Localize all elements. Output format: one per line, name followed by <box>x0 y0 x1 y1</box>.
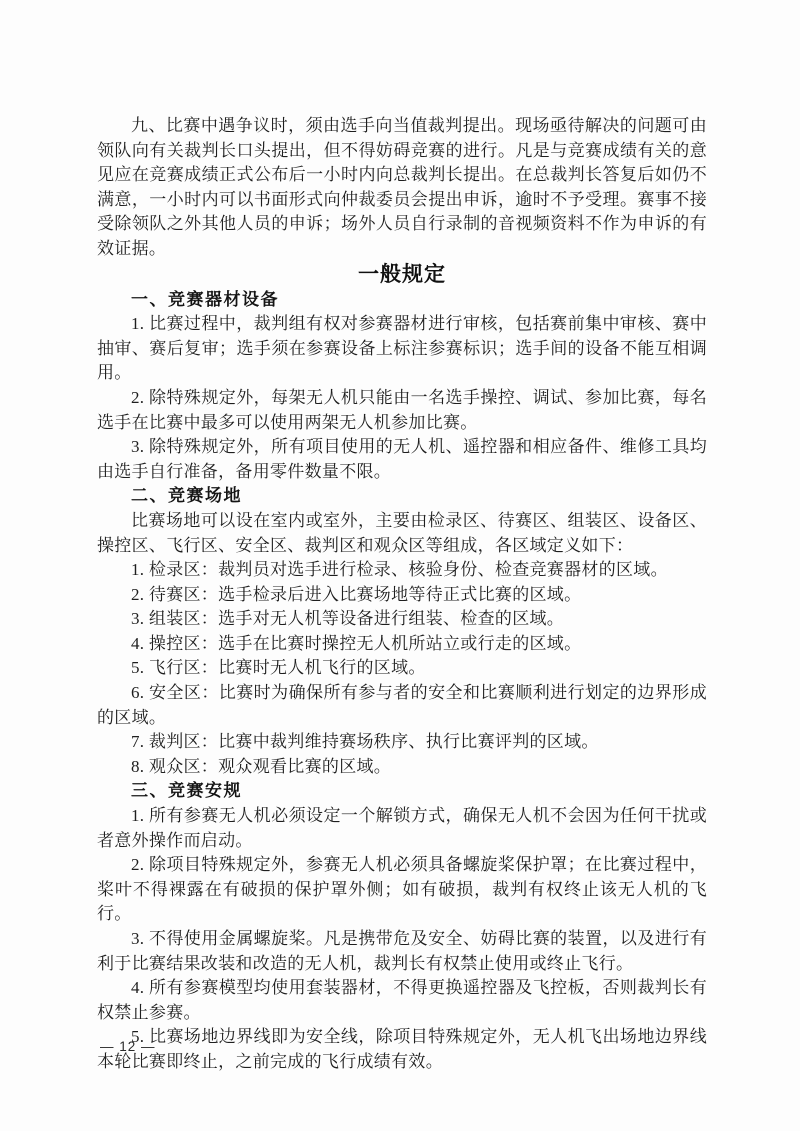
paragraph: 2. 待赛区：选手检录后进入比赛场地等待正式比赛的区域。 <box>97 583 707 608</box>
paragraph: 1. 检录区：裁判员对选手进行检录、核验身份、检查竞赛器材的区域。 <box>97 558 707 583</box>
paragraph: 比赛场地可以设在室内或室外，主要由检录区、待赛区、组装区、设备区、操控区、飞行区… <box>97 509 707 558</box>
section-title: 一般规定 <box>97 262 707 288</box>
document-content: 九、比赛中遇争议时，须由选手向当值裁判提出。现场亟待解决的问题可由领队向有关裁判… <box>97 114 707 1075</box>
subsection-heading: 二、竞赛场地 <box>97 484 707 509</box>
paragraph: 5. 飞行区：比赛时无人机飞行的区域。 <box>97 656 707 681</box>
paragraph: 3. 不得使用金属螺旋桨。凡是携带危及安全、妨碍比赛的装置，以及进行有利于比赛结… <box>97 927 707 976</box>
subsection-heading: 三、竞赛安规 <box>97 779 707 804</box>
paragraph: 3. 除特殊规定外，所有项目使用的无人机、遥控器和相应备件、维修工具均由选手自行… <box>97 435 707 484</box>
paragraph: 4. 操控区：选手在比赛时操控无人机所站立或行走的区域。 <box>97 632 707 657</box>
paragraph: 8. 观众区：观众观看比赛的区域。 <box>97 755 707 780</box>
document-page: 九、比赛中遇争议时，须由选手向当值裁判提出。现场亟待解决的问题可由领队向有关裁判… <box>0 0 800 1131</box>
paragraph: 5. 比赛场地边界线即为安全线，除项目特殊规定外，无人机飞出场地边界线本轮比赛即… <box>97 1025 707 1074</box>
page-number: — 12 — <box>100 1039 156 1054</box>
paragraph: 1. 所有参赛无人机必须设定一个解锁方式，确保无人机不会因为任何干扰或者意外操作… <box>97 804 707 853</box>
paragraph: 2. 除特殊规定外，每架无人机只能由一名选手操控、调试、参加比赛，每名选手在比赛… <box>97 386 707 435</box>
paragraph: 6. 安全区：比赛时为确保所有参与者的安全和比赛顺利进行划定的边界形成的区域。 <box>97 681 707 730</box>
paragraph: 3. 组装区：选手对无人机等设备进行组装、检查的区域。 <box>97 607 707 632</box>
paragraph: 九、比赛中遇争议时，须由选手向当值裁判提出。现场亟待解决的问题可由领队向有关裁判… <box>97 114 707 262</box>
paragraph: 7. 裁判区：比赛中裁判维持赛场秩序、执行比赛评判的区域。 <box>97 730 707 755</box>
paragraph: 1. 比赛过程中，裁判组有权对参赛器材进行审核，包括赛前集中审核、赛中抽审、赛后… <box>97 312 707 386</box>
paragraph: 4. 所有参赛模型均使用套装器材，不得更换遥控器及飞控板，否则裁判长有权禁止参赛… <box>97 976 707 1025</box>
paragraph: 2. 除项目特殊规定外，参赛无人机必须具备螺旋桨保护罩；在比赛过程中，桨叶不得裸… <box>97 853 707 927</box>
subsection-heading: 一、竞赛器材设备 <box>97 288 707 313</box>
